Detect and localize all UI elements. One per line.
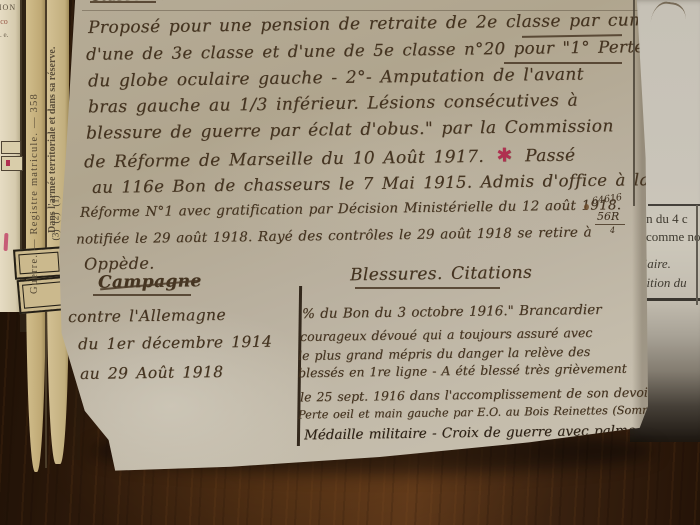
row-mark-1: (1) [52, 195, 62, 206]
blessures-line: Perte oeil et main gauche par E.O. au Bo… [298, 403, 664, 421]
margin-number-small: 4 [610, 226, 615, 235]
campagne-line: contre l'Allemagne [68, 306, 226, 326]
blessures-line: courageux dévoué qui a toujours assuré a… [300, 325, 593, 344]
campagne-underline [93, 294, 191, 296]
handwritten-line: notifiée le 29 août 1918. Rayé des contr… [76, 224, 592, 247]
handwritten-line: Oppède. [84, 254, 155, 274]
slip-column-rule [633, 0, 635, 206]
edge-fragment-2: ico [0, 17, 8, 26]
photo-of-register: TION ico i. e. Guerre. — Registre matric… [0, 0, 700, 525]
handwritten-line: Réforme N°1 avec gratification par Décis… [80, 197, 621, 221]
margin-number-56r: 56R [597, 210, 619, 223]
blessures-line: % du Bon du 3 octobre 1916." Brancardier [302, 302, 602, 322]
handwritten-line: du globe oculaire gauche - 2°- Amputatio… [88, 65, 584, 92]
right-page-rule-2 [645, 298, 700, 301]
blessures-underline [355, 287, 500, 289]
handwritten-line-with-asterisk: de Réforme de Marseille du 10 Août 1917.… [84, 144, 576, 173]
underline-56r [595, 224, 625, 225]
campagne-line: au 29 Août 1918 [80, 363, 224, 383]
handwritten-slip: Classe ... Proposé pour une pension de r… [52, 0, 648, 474]
stamp-red-tick [6, 160, 10, 166]
spine-title-vertical: Guerre. — Registre matricule. — 358 [29, 10, 40, 294]
blessures-line: le 25 sept. 1916 dans l'accomplissement … [300, 385, 654, 405]
handwritten-line: bras gauche au 1/3 inférieur. Lésions co… [88, 91, 578, 118]
campagne-line: du 1er décembre 1914 [78, 333, 272, 354]
right-page-line-2: comme no [646, 229, 700, 245]
stamp-box-2 [1, 156, 23, 171]
line-marseille: de Réforme de Marseille du 10 Août 1917. [84, 147, 484, 173]
line-passe: Passé [525, 146, 576, 167]
blessures-line: blessés en 1re ligne - A été blessé très… [298, 361, 627, 381]
edge-fragment-1: TION [0, 3, 16, 12]
ink-blot [584, 204, 589, 210]
row-mark-2: (2) [52, 212, 62, 223]
handwritten-line: d'une de 3e classe et d'une de 5e classe… [86, 37, 645, 64]
stamp-box-1 [1, 141, 21, 154]
blessures-title: Blessures. Citations [350, 263, 532, 286]
red-asterisk: ✱ [496, 144, 513, 166]
handwritten-line: Proposé pour une pension de retraite de … [88, 10, 663, 38]
edge-fragment-3: i. e. [0, 31, 8, 39]
blessures-line: le plus grand mépris du danger la relève… [298, 344, 590, 363]
underline-perte [504, 62, 622, 64]
pen-stroke-mark [651, 0, 688, 26]
handwritten-line: au 116e Bon de chasseurs le 7 Mai 1915. … [92, 170, 650, 197]
right-page-rule-1 [648, 204, 700, 206]
right-page-column-rule [696, 205, 698, 305]
handwritten-line: blessure de guerre par éclat d'obus." pa… [86, 116, 614, 143]
underline-top-fragment [90, 1, 156, 3]
